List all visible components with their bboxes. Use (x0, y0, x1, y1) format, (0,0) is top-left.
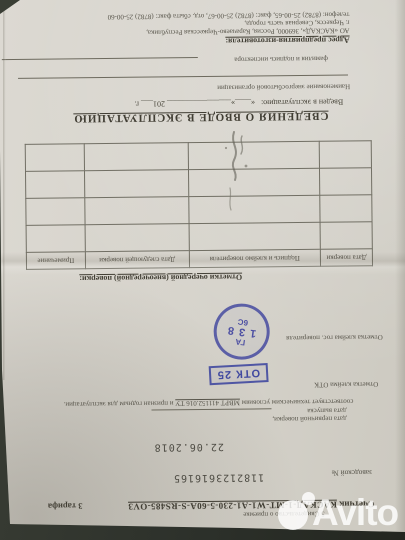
manufacturer-address-line2: г. Черкесск, Северная часть города, (244, 18, 349, 27)
commissioning-blank: «____»________________ 201___ г. (135, 98, 255, 108)
release-date-blank-line (152, 408, 272, 410)
table-row (25, 141, 371, 172)
manufacturer-address-heading: Адрес предприятия-изготовителя: (225, 35, 349, 45)
table-row (25, 168, 371, 199)
first-verification-caption: дата первичной поверки, (272, 414, 346, 423)
table-cell (25, 171, 84, 199)
meter-model-line: Счетчик КАСКАД-1-МТ-W1-A1-230-5-60A-S-RS… (128, 499, 375, 512)
meter-passport-page: 5 Свидетельство о приемке Счетчик КАСКАД… (0, 0, 405, 534)
table-cell (319, 141, 371, 169)
table-cell (84, 143, 188, 171)
acceptance-section-label: 5 Свидетельство о приемке (243, 510, 324, 519)
energy-org-blank-line (18, 74, 348, 78)
table-row (26, 195, 372, 226)
release-date-caption: дата выпуска (307, 407, 346, 415)
table-cell (189, 222, 321, 250)
otk-stamp-caption: Отметка клейма ОТК (314, 380, 378, 389)
round-stamp-line3: 6С (237, 317, 248, 326)
conformity-prefix: соответствует техническим условиям (240, 397, 354, 406)
inspector-caption: фамилия и подпись инспектора (234, 55, 328, 64)
verification-table: Дата поверки Подпись и клеймо поверителя… (25, 140, 373, 270)
date-stamp: 22.06.2018 (154, 441, 224, 453)
table-cell (188, 195, 320, 223)
tariffs-label: 3 тарифа (48, 501, 83, 511)
conformity-tu-number: МВРТ 411152.016 ТУ (175, 399, 240, 408)
commissioning-label: Введен в эксплуатацию: (261, 98, 343, 108)
paper-sheet: 5 Свидетельство о приемке Счетчик КАСКАД… (0, 0, 405, 540)
table-cell (25, 144, 84, 172)
table-cell (85, 224, 189, 252)
table-header-cell: Дата следующей поверки (85, 251, 189, 269)
table-cell (320, 222, 372, 250)
document-photo: 5 Свидетельство о приемке Счетчик КАСКАД… (0, 0, 405, 540)
table-header-row: Дата поверки Подпись и клеймо поверителя… (26, 249, 372, 270)
table-cell (188, 168, 320, 196)
table-row (26, 222, 372, 253)
inspector-blank-line (2, 57, 198, 60)
table-header-cell: Примечание (26, 252, 85, 270)
table-cell (320, 195, 372, 223)
otk-25-stamp: ОТК 25 (208, 363, 268, 385)
state-verifier-caption: Отметка клейма гос. поверителя (286, 333, 383, 342)
paper-edge-crease (3, 0, 6, 380)
table-header-cell: Подпись и клеймо поверителя (189, 249, 321, 267)
table-cell (26, 225, 85, 253)
energy-org-caption: Наименование энергосбытовой организации (217, 82, 350, 91)
table-cell (320, 168, 372, 196)
meter-prefix: Счетчик (339, 499, 374, 509)
commissioning-line: Введен в эксплуатацию: «____»___________… (135, 98, 344, 109)
table-cell (188, 141, 320, 169)
conformity-suffix: и признан годным для эксплуатации. (64, 399, 176, 408)
periodic-checks-heading: Отметки очередной (внеочередной) поверки… (79, 273, 242, 284)
table-cell (84, 170, 188, 198)
commissioning-heading: СВЕДЕНИЯ О ВВОДЕ В ЭКСПЛУАТАЦИЮ (0, 109, 403, 125)
paper-right-shadow (395, 0, 405, 532)
table-cell (26, 198, 85, 226)
serial-number-label: заводской № (332, 468, 373, 477)
state-verifier-round-stamp: ГА 1 3 8 6С (210, 300, 273, 363)
round-stamp-line1: ГА (235, 337, 246, 346)
table-cell (85, 197, 189, 225)
table-header-cell: Дата поверки (320, 249, 372, 267)
serial-number-value: 1182123616165 (173, 471, 264, 483)
